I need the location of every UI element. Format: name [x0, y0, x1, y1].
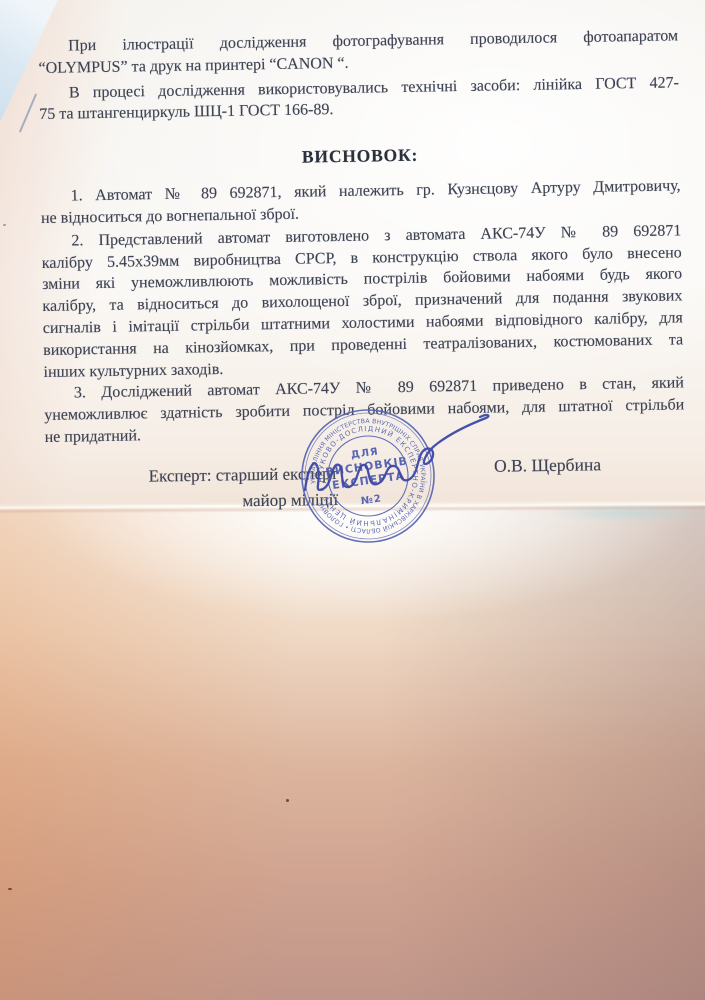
dust-speck	[8, 888, 12, 890]
intro-paragraph-photography: При ілюстрації дослідження фотографуванн…	[38, 25, 679, 79]
intro-paragraph-tools: В процесі дослідження використовувались …	[39, 72, 680, 126]
conclusion-heading: ВИСНОВОК:	[40, 138, 680, 176]
document-body: При ілюстрації дослідження фотографуванн…	[38, 25, 685, 448]
dust-speck	[3, 224, 6, 226]
conclusion-item-2: 2. Представлений автомат виготовлено з а…	[41, 220, 683, 383]
backing-surface-gradient	[0, 505, 705, 1000]
scan-artifact-streak	[545, 504, 705, 522]
handwritten-signature	[288, 403, 513, 508]
dust-speck	[286, 799, 289, 802]
scanned-document-photo: При ілюстрації дослідження фотографуванн…	[0, 0, 705, 1000]
